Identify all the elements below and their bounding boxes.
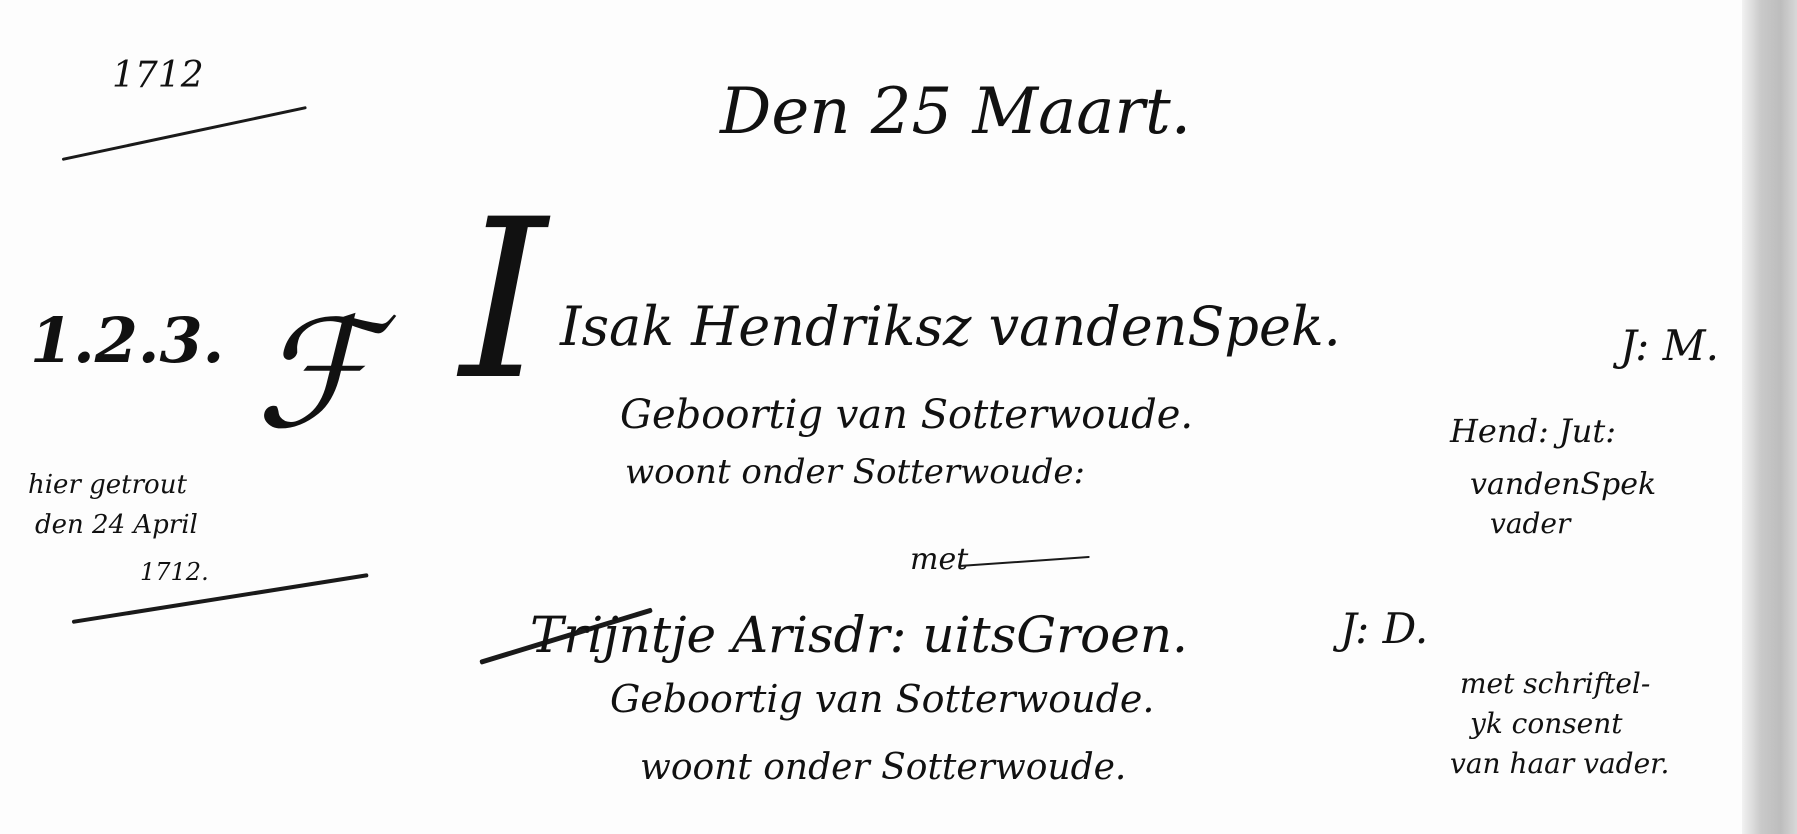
register-page: 1712 Den 25 Maart. 1.2.3. hier getrout d…: [0, 0, 1797, 834]
margin-year: 1712: [112, 58, 204, 94]
bride-consent-line1: met schriftel-: [1460, 670, 1650, 698]
bride-name: Trijntje Arisdr: uitsGroen.: [530, 610, 1188, 660]
margin-entry-number: 1.2.3.: [30, 310, 224, 372]
binding-gutter: [1742, 0, 1797, 834]
groom-name: Isak Hendriksz vandenSpek.: [560, 300, 1341, 354]
connector-met: met: [910, 545, 968, 575]
entry-date: Den 25 Maart.: [720, 80, 1191, 144]
margin-note-line2: den 24 April: [35, 512, 198, 538]
bride-consent-line2: yk consent: [1470, 710, 1622, 738]
groom-father-line3: vader: [1490, 510, 1570, 538]
flourish-initial-i: I: [460, 190, 547, 410]
connector-underline: [960, 556, 1090, 567]
year-underline: [62, 106, 307, 161]
groom-status: J: M.: [1620, 325, 1719, 367]
flourish-initial-e: ℱ: [255, 300, 373, 450]
groom-father-line2: vandenSpek: [1470, 470, 1656, 500]
groom-father-line1: Hend: Jut:: [1450, 415, 1616, 447]
margin-note-underline: [72, 573, 369, 624]
bride-consent-line3: van haar vader.: [1450, 750, 1669, 778]
bride-birthplace: Geboortig van Sotterwoude.: [610, 680, 1154, 718]
groom-residence: woont onder Sotterwoude:: [625, 455, 1085, 489]
margin-note-line3: 1712.: [140, 560, 209, 584]
bride-residence: woont onder Sotterwoude.: [640, 750, 1126, 786]
margin-note-line1: hier getrout: [28, 472, 187, 498]
bride-status: J: D.: [1340, 608, 1428, 650]
groom-birthplace: Geboortig van Sotterwoude.: [620, 395, 1193, 435]
